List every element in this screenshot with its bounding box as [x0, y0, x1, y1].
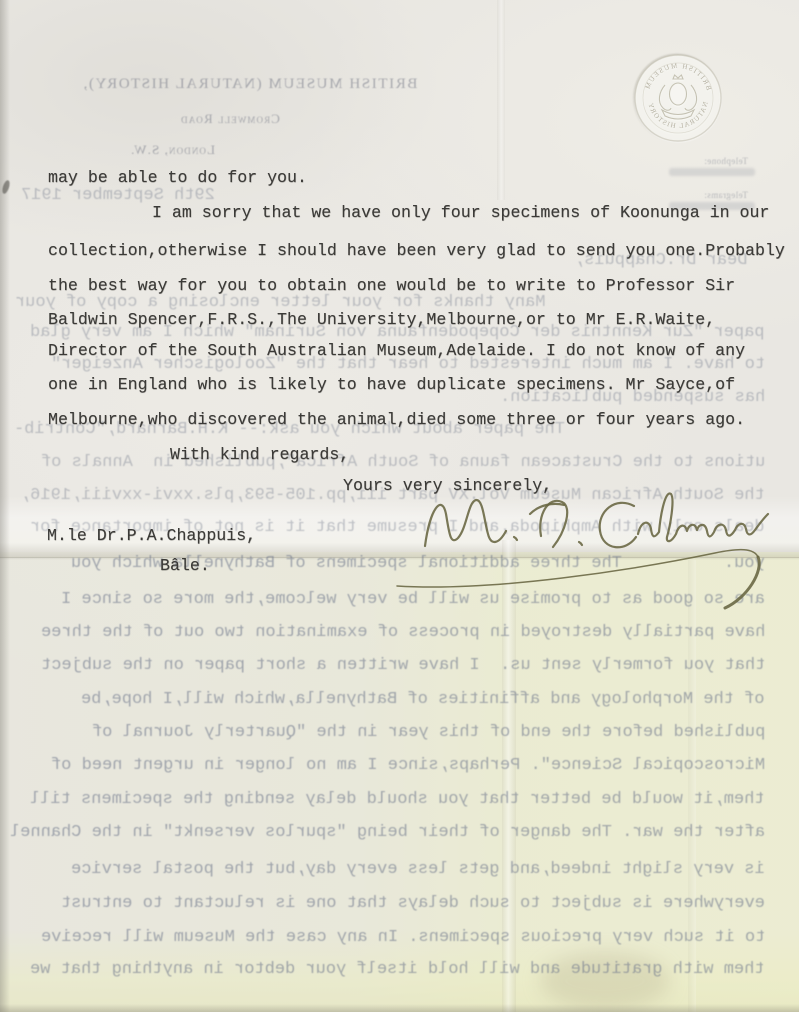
- bleedthrough-telephone-number-smudge: [669, 168, 755, 176]
- signature: W.T.Calman: [383, 474, 783, 634]
- bleedthrough-line: published before the end of this year in…: [92, 724, 765, 741]
- typed-line: Melbourne,who discovered the animal,died…: [48, 412, 745, 429]
- closing-regards: With kind regards,: [170, 447, 349, 464]
- bleedthrough-line: of the Morphology and affinities of Bath…: [81, 691, 765, 708]
- fold-crease-vertical-top: [497, 0, 505, 200]
- paper-edge-left: [0, 0, 10, 1012]
- bleedthrough-letterhead-institution: BRITISH MUSEUM (NATURAL HISTORY),: [82, 76, 417, 93]
- paper-edge-bottom: [0, 1004, 799, 1012]
- letter-page: BRITISH MUSEUM NATURAL HISTORY BRITISH M…: [0, 0, 799, 1012]
- coat-of-arms-seal: BRITISH MUSEUM NATURAL HISTORY: [632, 52, 724, 144]
- typed-line: Baldwin Spencer,F.R.S.,The University,Me…: [48, 312, 715, 329]
- bleedthrough-letterhead-city: London, S.W.: [130, 142, 215, 158]
- bleedthrough-line: them,it would be better that you should …: [30, 791, 765, 808]
- bleedthrough-line: to it such very precious specimens. In a…: [41, 929, 765, 946]
- bleedthrough-telegrams-label: Telegrams:: [704, 190, 748, 200]
- bleedthrough-line: Many thanks for your letter enclosing a …: [15, 294, 546, 311]
- bleedthrough-line: Microscopical Science". Perhaps,since I …: [51, 757, 765, 774]
- typed-line: I am sorry that we have only four specim…: [152, 205, 769, 222]
- embossed-royal-seal: BRITISH MUSEUM NATURAL HISTORY: [632, 52, 724, 144]
- recipient-name: M.le Dr.P.A.Chappuis,: [47, 528, 256, 545]
- typed-line: the best way for you to obtain one would…: [48, 278, 735, 295]
- typed-line: collection,otherwise I should have been …: [48, 243, 785, 260]
- typed-line: Director of the South Australian Museum,…: [48, 343, 745, 360]
- bleedthrough-letterhead-street: Cromwell Road: [180, 111, 280, 127]
- recipient-city: Bâle.: [160, 558, 210, 575]
- bleedthrough-line: utions to the Crustacean fauna of South …: [41, 454, 765, 471]
- bleedthrough-line: everywhere is subject to such delays tha…: [61, 895, 765, 912]
- signature-strokes: [397, 493, 768, 608]
- bleedthrough-date: 29th September 1917: [21, 187, 215, 204]
- signature-flourish: [397, 550, 758, 587]
- bleedthrough-line: is very slight indeed,and gets less ever…: [71, 861, 765, 878]
- bleedthrough-line: that you formerly sent us. I have writte…: [41, 657, 765, 674]
- bleedthrough-line: them with gratitude and will hold itself…: [30, 961, 765, 978]
- bleedthrough-line: after the war. The danger of their being…: [10, 824, 765, 841]
- typed-line: one in England who is likely to have dup…: [48, 377, 735, 394]
- typed-line: may be able to do for you.: [48, 170, 307, 187]
- bleedthrough-telephone-label: Telephone:: [704, 156, 748, 166]
